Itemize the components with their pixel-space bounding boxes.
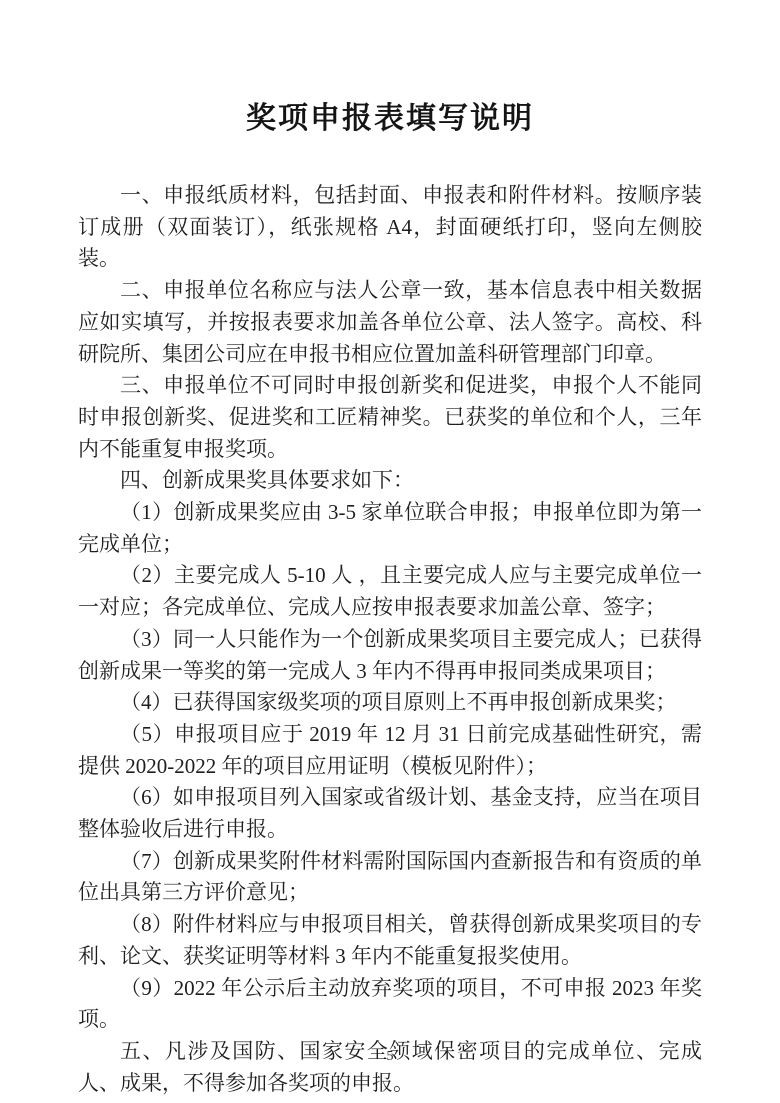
paragraph-4-item-5: （5）申报项目应于 2019 年 12 月 31 日前完成基础性研究，需提供 2… — [78, 719, 702, 782]
document-page: 奖项申报表填写说明 一、申报纸质材料，包括封面、申报表和附件材料。按顺序装订成册… — [0, 0, 780, 1103]
page-number: 5 — [0, 1049, 780, 1065]
paragraph-1: 一、申报纸质材料，包括封面、申报表和附件材料。按顺序装订成册（双面装订），纸张规… — [78, 180, 702, 275]
paragraph-4-item-6: （6）如申报项目列入国家或省级计划、基金支持，应当在项目整体验收后进行申报。 — [78, 782, 702, 845]
paragraph-4-item-1: （1）创新成果奖应由 3-5 家单位联合申报；申报单位即为第一完成单位； — [78, 497, 702, 560]
paragraph-4-item-7: （7）创新成果奖附件材料需附国际国内查新报告和有资质的单位出具第三方评价意见； — [78, 846, 702, 909]
paragraph-3: 三、申报单位不可同时申报创新奖和促进奖，申报个人不能同时申报创新奖、促进奖和工匠… — [78, 370, 702, 465]
paragraph-5: 五、凡涉及国防、国家安全领域保密项目的完成单位、完成人、成果，不得参加各奖项的申… — [78, 1036, 702, 1099]
paragraph-2: 二、申报单位名称应与法人公章一致，基本信息表中相关数据应如实填写，并按报表要求加… — [78, 275, 702, 370]
paragraph-4: 四、创新成果奖具体要求如下： — [78, 465, 702, 497]
paragraph-4-item-9: （9）2022 年公示后主动放弃奖项的项目，不可申报 2023 年奖项。 — [78, 973, 702, 1036]
paragraph-4-item-3: （3）同一人只能作为一个创新成果奖项目主要完成人；已获得创新成果一等奖的第一完成… — [78, 624, 702, 687]
document-title: 奖项申报表填写说明 — [0, 0, 780, 138]
document-body: 一、申报纸质材料，包括封面、申报表和附件材料。按顺序装订成册（双面装订），纸张规… — [78, 180, 702, 1099]
paragraph-4-item-8: （8）附件材料应与申报项目相关，曾获得创新成果奖项目的专利、论文、获奖证明等材料… — [78, 909, 702, 972]
paragraph-4-item-4: （4）已获得国家级奖项的项目原则上不再申报创新成果奖； — [78, 687, 702, 719]
paragraph-4-item-2: （2）主要完成人 5-10 人 ，且主要完成人应与主要完成单位一一对应；各完成单… — [78, 560, 702, 623]
